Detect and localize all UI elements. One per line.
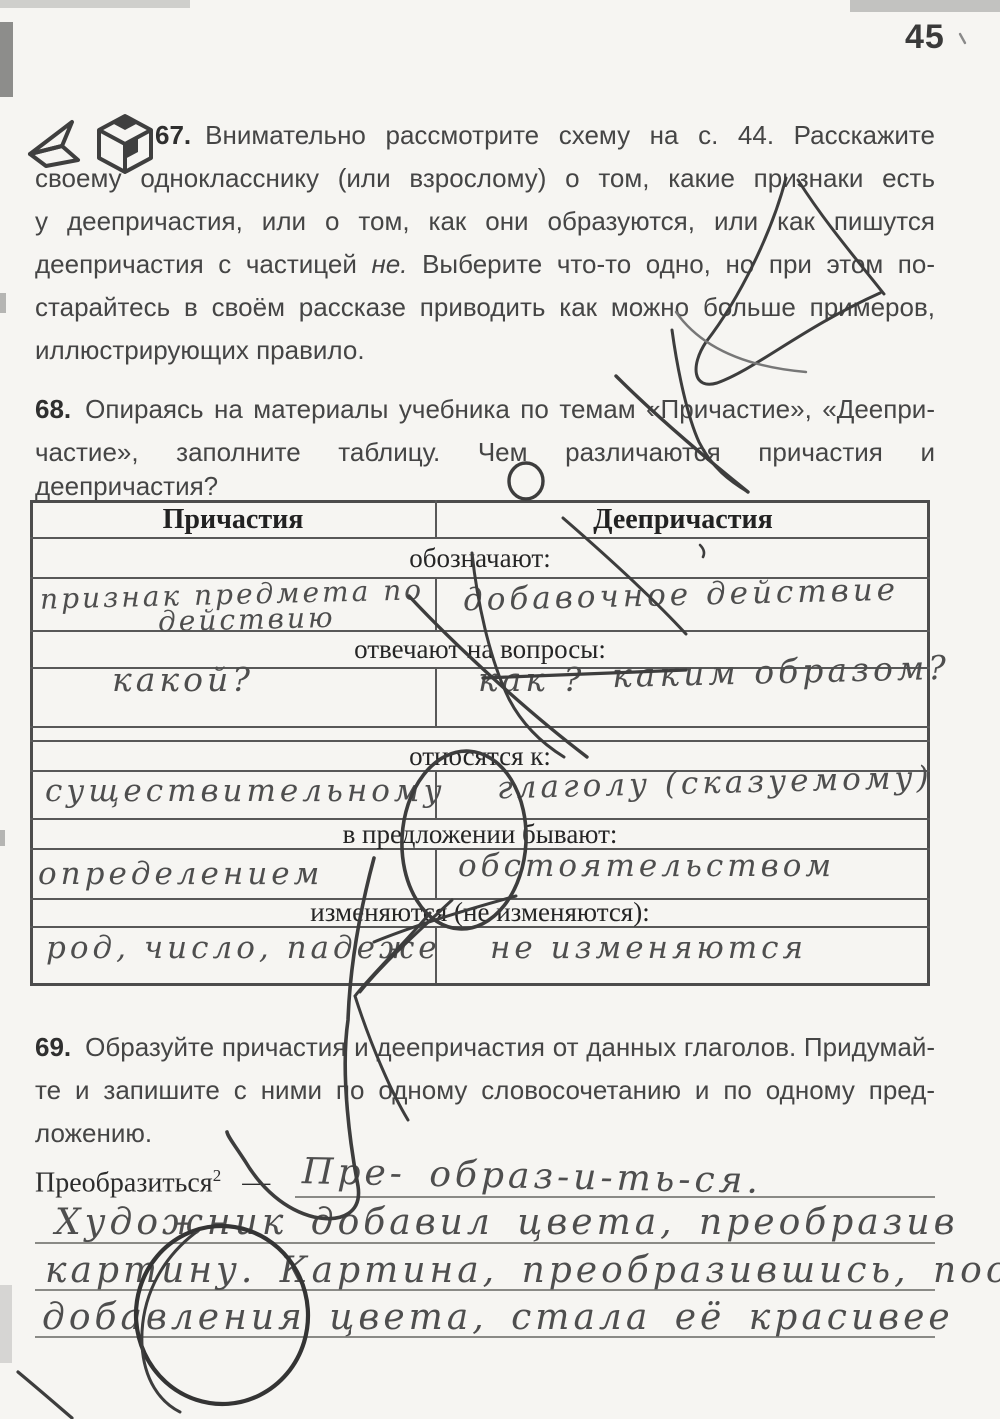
handwritten-answer: род, число, падеже — [46, 930, 441, 966]
page-number: 45 — [905, 18, 945, 57]
handwritten-answer: существительному — [45, 773, 446, 809]
scan-artifact — [0, 830, 5, 846]
ex67-line: у деепричастия, или о том, как они образ… — [35, 204, 935, 238]
handwritten-answer: каким образом? — [612, 648, 951, 695]
ex67-line: 67.Внимательно рассмотрите схему на с. 4… — [155, 118, 935, 152]
ex67-line: своему однокласснику (или взрослому) о т… — [35, 161, 935, 195]
handwritten-answer: обстоятельством — [458, 848, 835, 884]
table-band-label: обозначают: — [30, 543, 930, 574]
ex69-number: 69. — [35, 1032, 71, 1062]
handwritten-word-analysis: Пре- образ-и-ть-ся. — [302, 1151, 763, 1202]
scan-artifact — [0, 1285, 12, 1363]
handwritten-answer: действию — [158, 601, 336, 638]
column-divider — [435, 667, 437, 726]
analysis-mark: 2 — [213, 1166, 222, 1185]
workbook-page: 45 67.Внимательно рассмотрите схему на с… — [0, 0, 1000, 1419]
ex69-line: ложению. — [35, 1116, 935, 1150]
ex68-number: 68. — [35, 394, 71, 424]
handwritten-answer: какой? — [112, 660, 254, 699]
column-divider — [435, 848, 437, 898]
scan-artifact — [0, 0, 190, 8]
word-to-analyze: Преобразиться2 — — [35, 1166, 270, 1199]
table-header-participles: Причастия — [30, 504, 436, 536]
handwritten-answer: не изменяются — [490, 930, 807, 966]
scan-artifact — [850, 0, 1000, 12]
ex68-line: 68.Опираясь на материалы учебника по тем… — [35, 392, 935, 426]
column-divider — [435, 577, 437, 630]
handwritten-sentence: добавления цвета, стала её красивее — [42, 1297, 954, 1338]
handwritten-sentence: Художник добавил цвета, преобразив — [55, 1202, 959, 1243]
table-border-bottom — [30, 983, 930, 986]
handwritten-sentence: картину. Картина, преобразившись, после — [45, 1250, 1000, 1291]
scan-artifact — [0, 22, 13, 97]
ex67-line: старайтесь в своём рассказе приводить ка… — [35, 290, 935, 324]
handwritten-answer: определением — [38, 856, 323, 892]
ex68-line: частие», заполните таблицу. Чем различаю… — [35, 435, 935, 503]
ex67-line: деепричастия с частицей не. Выберите что… — [35, 247, 935, 281]
italic-particle: не. — [371, 249, 407, 279]
ex67-line: иллюстрирующих правило. — [35, 333, 935, 367]
table-header-gerunds: Деепричастия — [436, 504, 930, 536]
scan-artifact — [0, 293, 6, 313]
ex69-line: 69.Образуйте причастия и деепричастия от… — [35, 1030, 935, 1064]
ex69-line: те и запишите с ними по одному словосоче… — [35, 1073, 935, 1107]
ex67-number: 67. — [155, 120, 191, 150]
handwritten-answer: как ? — [478, 660, 585, 699]
table-band-label: изменяются (не изменяются): — [30, 897, 930, 928]
table-border-top — [30, 500, 930, 503]
table-band-label: в предложении бывают: — [30, 819, 930, 850]
